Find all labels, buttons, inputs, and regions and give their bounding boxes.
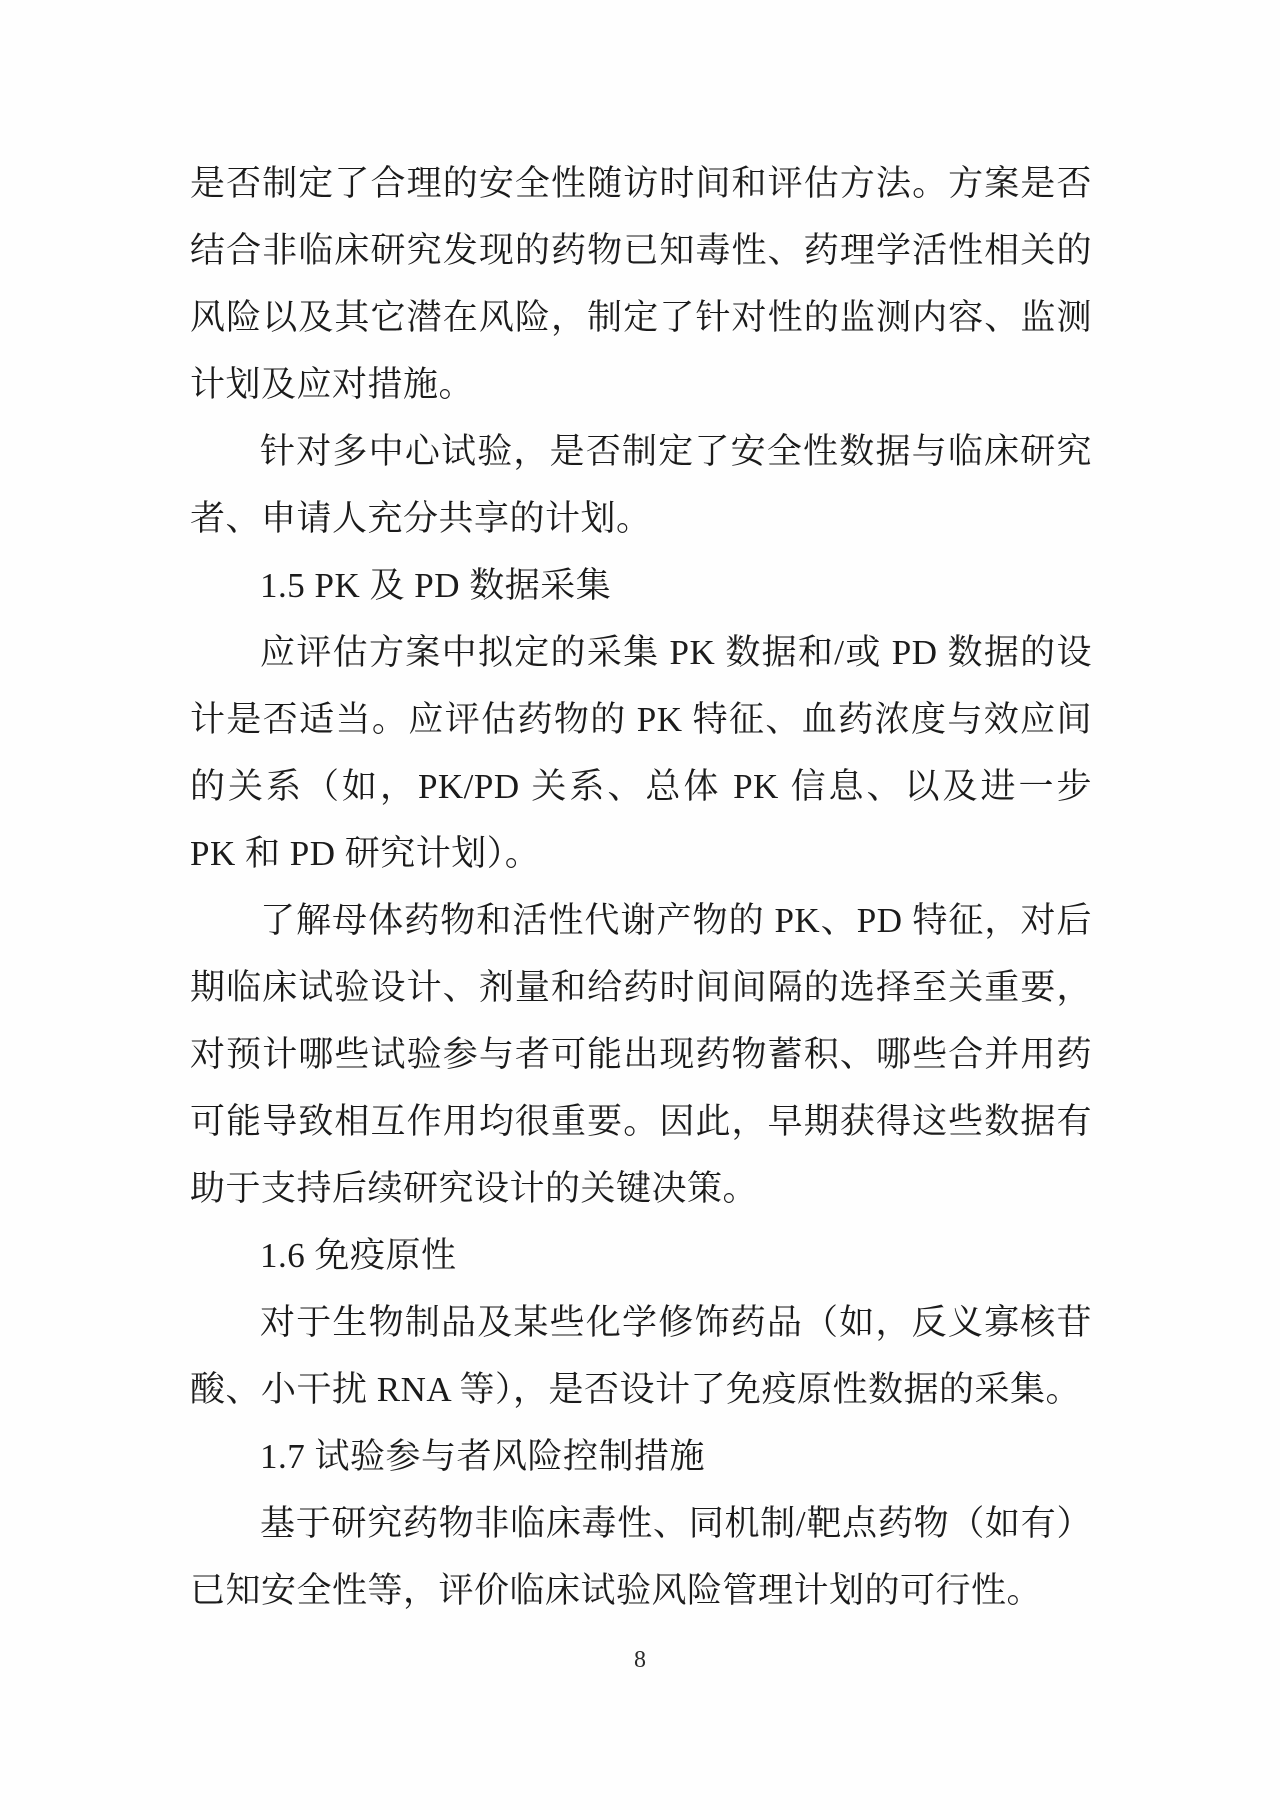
document-page: 是否制定了合理的安全性随访时间和评估方法。方案是否结合非临床研究发现的药物已知毒… <box>0 0 1280 1810</box>
section-heading: 1.7 试验参与者风险控制措施 <box>190 1423 1092 1490</box>
paragraph: 是否制定了合理的安全性随访时间和评估方法。方案是否结合非临床研究发现的药物已知毒… <box>190 150 1092 418</box>
document-body: 是否制定了合理的安全性随访时间和评估方法。方案是否结合非临床研究发现的药物已知毒… <box>190 150 1092 1624</box>
paragraph: 应评估方案中拟定的采集 PK 数据和/或 PD 数据的设计是否适当。应评估药物的… <box>190 619 1092 887</box>
paragraph: 对于生物制品及某些化学修饰药品（如，反义寡核苷酸、小干扰 RNA 等），是否设计… <box>190 1289 1092 1423</box>
paragraph: 基于研究药物非临床毒性、同机制/靶点药物（如有）已知安全性等，评价临床试验风险管… <box>190 1490 1092 1624</box>
section-heading: 1.6 免疫原性 <box>190 1222 1092 1289</box>
section-heading: 1.5 PK 及 PD 数据采集 <box>190 552 1092 619</box>
paragraph: 了解母体药物和活性代谢产物的 PK、PD 特征，对后期临床试验设计、剂量和给药时… <box>190 887 1092 1222</box>
paragraph: 针对多中心试验，是否制定了安全性数据与临床研究者、申请人充分共享的计划。 <box>190 418 1092 552</box>
page-number: 8 <box>0 1645 1280 1675</box>
